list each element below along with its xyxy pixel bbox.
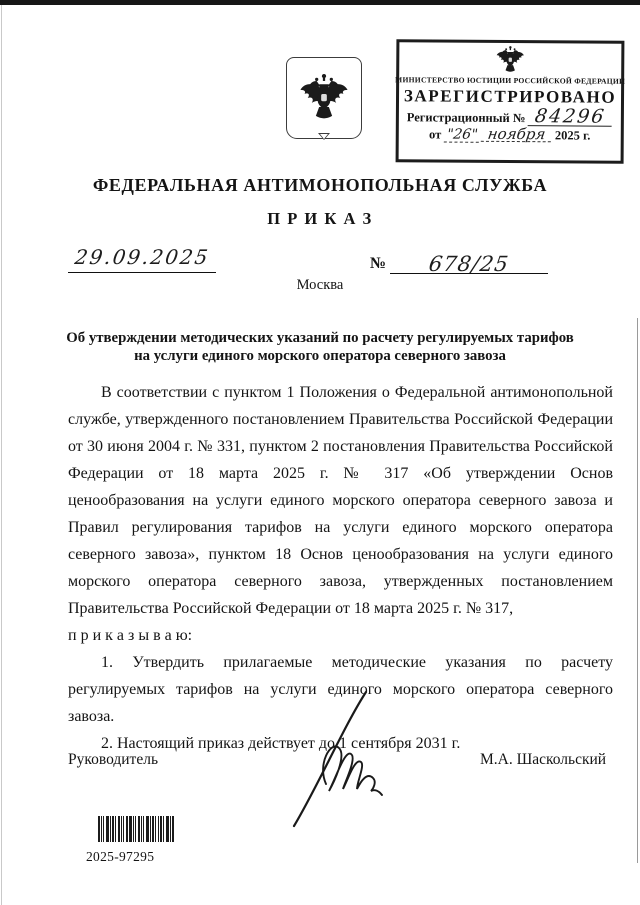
signer-name: М.А. Шаскольский — [480, 751, 606, 769]
number-sign-label: № — [370, 255, 386, 272]
order-number-handwritten: 678/25 — [427, 252, 510, 276]
order-date-field: 29.09.2025 — [68, 243, 216, 273]
scan-artifact-top — [0, 0, 640, 5]
barcode-number: 2025-97295 — [86, 849, 154, 865]
order-date-handwritten: 29.09.2025 — [73, 243, 211, 271]
signer-position-label: Руководитель — [68, 751, 158, 769]
subject-line-2: на услуги единого морского оператора сев… — [0, 347, 640, 365]
stamp-registration-line: Регистрационный № 84296 — [407, 107, 613, 126]
stamp-reg-label: Регистрационный № — [407, 110, 526, 125]
city-label: Москва — [0, 277, 640, 294]
justice-ministry-registration-stamp: МИНИСТЕРСТВО ЮСТИЦИИ РОССИЙСКОЙ ФЕДЕРАЦИ… — [396, 39, 625, 164]
barcode — [98, 816, 174, 842]
double-headed-eagle-icon — [298, 69, 350, 127]
order-number-field: № 678/25 — [370, 249, 548, 274]
preamble-paragraph: В соответствии с пунктом 1 Положения о Ф… — [68, 379, 613, 622]
order-number-underline: 678/25 — [390, 249, 548, 274]
stamp-ministry-name: МИНИСТЕРСТВО ЮСТИЦИИ РОССИЙСКОЙ ФЕДЕРАЦИ… — [395, 75, 625, 86]
stamp-date-month-handwritten: ноября — [481, 128, 553, 142]
subject-line-1: Об утверждении методических указаний по … — [0, 329, 640, 347]
scan-artifact-left — [1, 5, 2, 905]
stamp-date-prefix: от — [429, 127, 441, 141]
fas-emblem — [286, 57, 362, 139]
stamp-date-year: 2025 г. — [555, 128, 591, 142]
stamp-reg-number-handwritten: 84296 — [527, 108, 614, 127]
document-type-title: П Р И К А З — [0, 209, 640, 229]
order-subject: Об утверждении методических указаний по … — [0, 329, 640, 365]
signature-scribble — [286, 688, 398, 830]
document-page: МИНИСТЕРСТВО ЮСТИЦИИ РОССИЙСКОЙ ФЕДЕРАЦИ… — [0, 0, 640, 905]
stamp-date-line: от "26" ноября 2025 г. — [429, 127, 590, 143]
stamp-date-day-handwritten: "26" — [443, 129, 480, 143]
order-verb: п р и к а з ы в а ю: — [68, 622, 613, 649]
scan-artifact-right — [637, 318, 638, 863]
agency-title: ФЕДЕРАЛЬНАЯ АНТИМОНОПОЛЬНАЯ СЛУЖБА — [0, 175, 640, 196]
stamp-registered-label: ЗАРЕГИСТРИРОВАНО — [404, 86, 616, 107]
double-headed-eagle-icon — [495, 45, 525, 75]
